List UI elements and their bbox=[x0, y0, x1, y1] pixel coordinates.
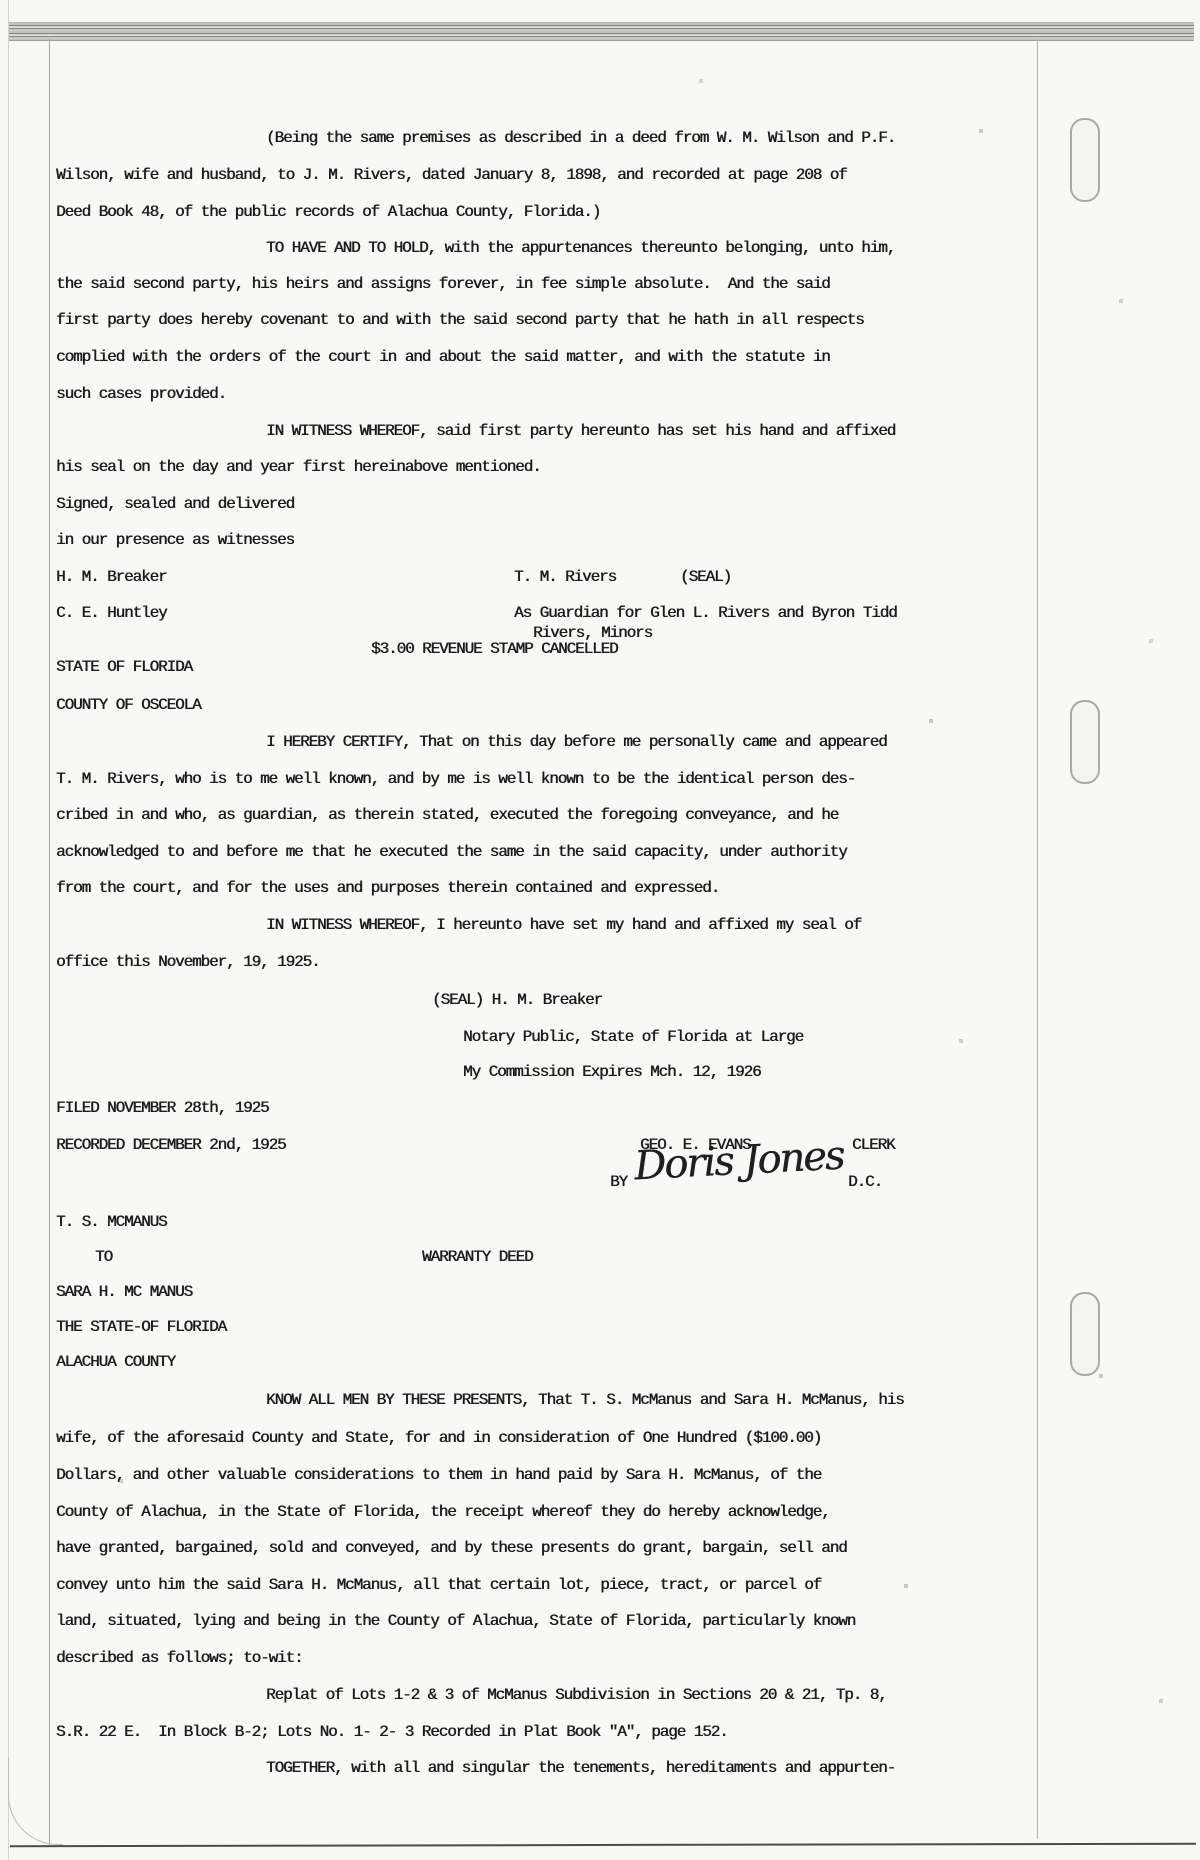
body-line: T. M. Rivers, who is to me well known, a… bbox=[56, 769, 855, 789]
instrument-title: WARRANTY DEED bbox=[422, 1247, 533, 1267]
body-line: described as follows; to-wit: bbox=[56, 1648, 303, 1668]
notary-title-line: Notary Public, State of Florida at Large bbox=[463, 1027, 803, 1047]
habendum-clause: TO HAVE AND TO HOLD, with the appurtenan… bbox=[266, 238, 895, 258]
legal-description-1: Replat of Lots 1-2 & 3 of McManus Subdiv… bbox=[266, 1685, 887, 1705]
certify-clause: I HEREBY CERTIFY, That on this day befor… bbox=[266, 732, 887, 752]
body-line: (Being the same premises as described in… bbox=[266, 128, 895, 148]
clerk-title: CLERK bbox=[852, 1135, 895, 1155]
body-line: acknowledged to and before me that he ex… bbox=[56, 842, 847, 862]
body-line: cribed in and who, as guardian, as there… bbox=[56, 805, 838, 825]
party-grantor: T. S. MCMANUS bbox=[56, 1212, 167, 1232]
commission-line: My Commission Expires Mch. 12, 1926 bbox=[463, 1062, 761, 1082]
body-line: wife, of the aforesaid County and State,… bbox=[56, 1428, 821, 1448]
premises-clause: KNOW ALL MEN BY THESE PRESENTS, That T. … bbox=[266, 1390, 904, 1410]
body-line: complied with the orders of the court in… bbox=[56, 347, 830, 367]
body-line: Signed, sealed and delivered bbox=[56, 494, 294, 514]
body-line: Deed Book 48, of the public records of A… bbox=[56, 202, 600, 222]
together-clause: TOGETHER, with all and singular the tene… bbox=[266, 1758, 895, 1778]
text-layer: (Being the same premises as described in… bbox=[0, 0, 1200, 1860]
filed-line: FILED NOVEMBER 28th, 1925 bbox=[56, 1098, 269, 1118]
by-label: BY bbox=[610, 1172, 627, 1192]
to-label: TO bbox=[95, 1247, 112, 1267]
dc-label: D.C. bbox=[848, 1172, 882, 1192]
county-heading: COUNTY OF OSCEOLA bbox=[56, 695, 201, 715]
body-line: land, situated, lying and being in the C… bbox=[56, 1611, 855, 1631]
body-line: Dollars, and other valuable consideratio… bbox=[56, 1465, 821, 1485]
revenue-stamp-line: $3.00 REVENUE STAMP CANCELLED bbox=[371, 639, 618, 659]
body-line: such cases provided. bbox=[56, 384, 226, 404]
body-line: Wilson, wife and husband, to J. M. River… bbox=[56, 165, 847, 185]
guardian-line-1: As Guardian for Glen L. Rivers and Byron… bbox=[514, 603, 897, 623]
county-heading-2: ALACHUA COUNTY bbox=[56, 1352, 175, 1372]
witness-clause-2: IN WITNESS WHEREOF, I hereunto have set … bbox=[266, 915, 861, 935]
party-grantee: SARA H. MC MANUS bbox=[56, 1282, 192, 1302]
body-line: first party does hereby covenant to and … bbox=[56, 310, 864, 330]
witness-name-2: C. E. Huntley bbox=[56, 603, 167, 623]
recorded-line: RECORDED DECEMBER 2nd, 1925 bbox=[56, 1135, 286, 1155]
body-line: office this November, 19, 1925. bbox=[56, 952, 320, 972]
body-line: in our presence as witnesses bbox=[56, 530, 294, 550]
body-line: County of Alachua, in the State of Flori… bbox=[56, 1502, 830, 1522]
body-line: his seal on the day and year first herei… bbox=[56, 457, 541, 477]
witness-clause: IN WITNESS WHEREOF, said first party her… bbox=[266, 421, 895, 441]
body-line: the said second party, his heirs and ass… bbox=[56, 274, 830, 294]
body-line: from the court, and for the uses and pur… bbox=[56, 878, 719, 898]
notary-seal-line: (SEAL) H. M. Breaker bbox=[432, 990, 602, 1010]
grantor-signature: T. M. Rivers bbox=[514, 567, 616, 587]
state-heading: STATE OF FLORIDA bbox=[56, 657, 192, 677]
legal-description-2: S.R. 22 E. In Block B-2; Lots No. 1- 2- … bbox=[56, 1722, 728, 1742]
body-line: convey unto him the said Sara H. McManus… bbox=[56, 1575, 821, 1595]
seal-note: (SEAL) bbox=[680, 567, 731, 587]
document-page: (Being the same premises as described in… bbox=[0, 0, 1200, 1860]
witness-name-1: H. M. Breaker bbox=[56, 567, 167, 587]
state-heading-2: THE STATE-OF FLORIDA bbox=[56, 1317, 226, 1337]
body-line: have granted, bargained, sold and convey… bbox=[56, 1538, 847, 1558]
